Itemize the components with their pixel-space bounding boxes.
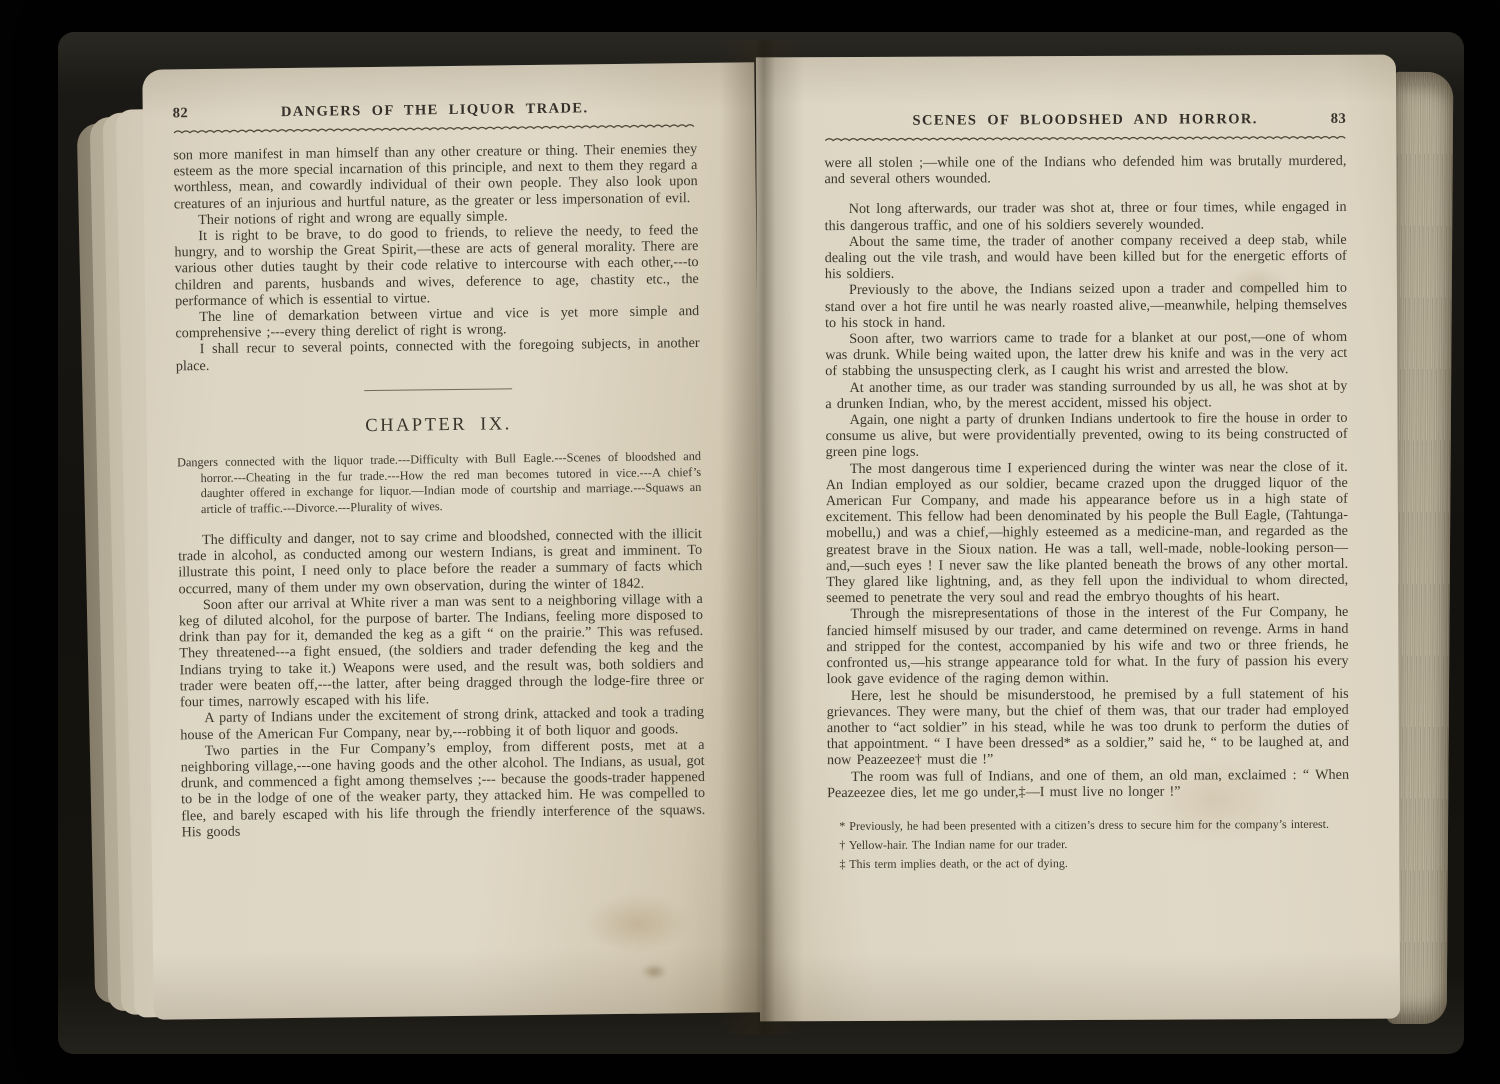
page-right: SCENES OF BLOODSHED AND HORROR. 83 were … (756, 55, 1400, 1022)
header-rule-icon (824, 134, 1346, 144)
paragraph: Two parties in the Fur Company’s employ,… (180, 737, 705, 841)
paragraph: About the same time, the trader of anoth… (825, 232, 1347, 283)
page-left-content: 82 DANGERS OF THE LIQUOR TRADE. son more… (173, 99, 706, 840)
paragraph: It is right to be brave, to do good to f… (174, 222, 699, 309)
footnotes: * Previously, he had been presented with… (827, 817, 1349, 873)
paragraph: Previously to the above, the Indians sei… (825, 280, 1347, 331)
paragraph: Here, lest he should be misunderstood, h… (827, 685, 1349, 768)
paragraph: I shall recur to several points, connect… (176, 335, 700, 374)
paragraph: son more manifest in man himself than an… (173, 141, 698, 212)
footnote: ‡ This term implies death, or the act of… (827, 854, 1349, 872)
page-left: 82 DANGERS OF THE LIQUOR TRADE. son more… (142, 62, 766, 1019)
body-text: son more manifest in man himself than an… (173, 141, 705, 840)
header-spacer (653, 111, 697, 112)
page-right-content: SCENES OF BLOODSHED AND HORROR. 83 were … (824, 111, 1349, 876)
running-title: SCENES OF BLOODSHED AND HORROR. (868, 111, 1302, 130)
running-header: 82 DANGERS OF THE LIQUOR TRADE. (173, 99, 697, 122)
page-number: 83 (1302, 111, 1346, 128)
stain (641, 963, 667, 979)
stain (582, 893, 693, 954)
paragraph: The difficulty and danger, not to say cr… (178, 526, 703, 597)
paragraph: Through the misrepresentations of those … (826, 604, 1348, 687)
running-title: DANGERS OF THE LIQUOR TRADE. (217, 100, 653, 122)
page-number: 82 (173, 105, 217, 123)
footnote: † Yellow-hair. The Indian name for our t… (827, 836, 1349, 854)
paragraph: The most dangerous time I experienced du… (826, 458, 1349, 606)
book-photograph: 82 DANGERS OF THE LIQUOR TRADE. son more… (0, 0, 1500, 1084)
body-text: were all stolen ;—while one of the India… (824, 153, 1349, 873)
running-header: SCENES OF BLOODSHED AND HORROR. 83 (824, 111, 1346, 130)
chapter-heading: CHAPTER IX. (177, 414, 701, 437)
section-divider (364, 388, 512, 391)
paragraph: Soon after, two warriors came to trade f… (825, 329, 1347, 380)
chapter-synopsis: Dangers connected with the liquor trade.… (177, 449, 702, 517)
paragraph: At another time, as our trader was stand… (825, 377, 1347, 412)
footnote: * Previously, he had been presented with… (827, 817, 1349, 835)
paragraph: Not long afterwards, our trader was shot… (825, 199, 1347, 234)
paragraph: The room was full of Indians, and one of… (827, 766, 1349, 801)
paragraph: were all stolen ;—while one of the India… (824, 153, 1346, 188)
paragraph: Again, one night a party of drunken Indi… (825, 410, 1347, 461)
paragraph: Soon after our arrival at White river a … (179, 591, 704, 711)
header-rule-icon (173, 122, 697, 136)
